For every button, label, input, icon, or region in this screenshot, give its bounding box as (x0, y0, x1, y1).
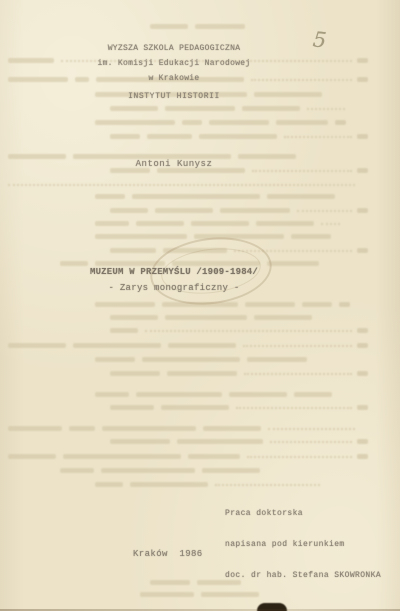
ghost-word-smudge (276, 120, 328, 125)
ghost-word-smudge (247, 357, 307, 362)
ghost-page-number (357, 343, 368, 348)
ghost-word-smudge (110, 208, 148, 213)
ghost-text-line (95, 300, 368, 307)
ghost-word-smudge (256, 221, 314, 226)
institution-city: w Krakowie (0, 74, 348, 83)
ghost-word-smudge (203, 426, 261, 431)
ghost-dot-leader (243, 345, 352, 347)
ghost-dot-leader (284, 136, 352, 138)
ghost-word-smudge (95, 194, 125, 199)
ghost-dot-leader (8, 184, 355, 186)
ghost-dot-leader (247, 456, 352, 458)
ghost-word-smudge (95, 234, 187, 239)
ghost-text-line (150, 22, 250, 29)
ghost-word-smudge (110, 315, 158, 320)
ghost-word-smudge (302, 302, 332, 307)
ghost-word-smudge (136, 221, 184, 226)
ghost-word-smudge (60, 468, 94, 473)
ghost-page-number (357, 439, 368, 444)
scan-artifact-blob (257, 603, 287, 611)
ghost-page-number (357, 134, 368, 139)
ghost-word-smudge (110, 134, 140, 139)
ghost-word-smudge (95, 302, 155, 307)
ghost-word-smudge (110, 371, 160, 376)
ghost-text-line (110, 403, 368, 410)
ghost-page-number (357, 248, 368, 253)
ghost-dot-leader (236, 407, 352, 409)
ghost-text-line (95, 192, 345, 199)
scanned-title-page: 5 WYZSZA SZKOLA PEDAGOGICZNA im. Komisji… (0, 0, 400, 611)
thesis-title: MUZEUM W PRZEMYŚLU /1909-1984/ (0, 267, 348, 277)
ghost-word-smudge (165, 315, 247, 320)
ghost-text-line (110, 206, 368, 213)
supervisor-note: Praca doktorska napisana pod kierunkiem … (225, 489, 381, 601)
ghost-text-line (110, 437, 368, 444)
ghost-text-line (95, 355, 310, 362)
ghost-word-smudge (102, 426, 196, 431)
ghost-word-smudge (110, 405, 154, 410)
ghost-word-smudge (63, 454, 181, 459)
ghost-page-number (357, 405, 368, 410)
ghost-word-smudge (95, 221, 129, 226)
ghost-word-smudge (110, 106, 158, 111)
institution-name: WYZSZA SZKOLA PEDAGOGICZNA (0, 44, 348, 53)
ghost-word-smudge (150, 24, 188, 29)
ghost-text-line (60, 466, 265, 473)
ghost-word-smudge (8, 343, 66, 348)
ghost-word-smudge (95, 120, 175, 125)
place-year: Kraków 1986 (133, 549, 203, 559)
supervisor-note-line2: napisana pod kierunkiem (225, 540, 381, 550)
ghost-word-smudge (177, 439, 263, 444)
ghost-dot-leader (215, 484, 320, 486)
ghost-word-smudge (199, 134, 277, 139)
ghost-word-smudge (182, 120, 202, 125)
institute-name: INSTYTUT HISTORII (0, 92, 348, 101)
ghost-page-number (339, 302, 350, 307)
ghost-page-number (335, 120, 346, 125)
author-name: Antoni Kunysz (0, 159, 348, 169)
ghost-word-smudge (291, 234, 331, 239)
ghost-word-smudge (95, 357, 135, 362)
ghost-word-smudge (95, 482, 123, 487)
ghost-word-smudge (267, 261, 319, 266)
supervisor-note-line1: Praca doktorska (225, 509, 381, 519)
ghost-text-line (8, 424, 360, 431)
ghost-text-line (8, 152, 308, 159)
ghost-word-smudge (168, 343, 236, 348)
ghost-text-line (95, 480, 325, 487)
ghost-word-smudge (245, 302, 295, 307)
thesis-subtitle: - Zarys monograficzny - (0, 283, 348, 293)
ghost-word-smudge (195, 24, 245, 29)
ghost-word-smudge (150, 580, 190, 585)
ghost-word-smudge (147, 134, 192, 139)
ghost-word-smudge (202, 468, 260, 473)
ghost-text-line (8, 452, 368, 459)
ghost-page-number (357, 454, 368, 459)
ghost-dot-leader (307, 108, 345, 110)
ghost-word-smudge (142, 357, 240, 362)
ghost-text-line (110, 326, 368, 333)
ghost-word-smudge (161, 405, 229, 410)
ghost-word-smudge (140, 592, 194, 597)
ghost-dot-leader (244, 373, 352, 375)
ghost-word-smudge (209, 120, 269, 125)
ghost-page-number (357, 208, 368, 213)
ghost-word-smudge (95, 392, 129, 397)
ghost-word-smudge (110, 439, 170, 444)
ghost-text-line (110, 104, 350, 111)
ghost-page-number (357, 58, 368, 63)
ghost-text-line (110, 369, 368, 376)
ghost-word-smudge (229, 392, 287, 397)
ghost-word-smudge (132, 194, 260, 199)
ghost-word-smudge (130, 482, 208, 487)
ghost-dot-leader (270, 441, 352, 443)
supervisor-note-line3: doc. dr hab. Stefana SKOWRONKA (225, 571, 381, 581)
ghost-word-smudge (167, 371, 237, 376)
ghost-word-smudge (294, 392, 332, 397)
ghost-dot-leader (297, 210, 352, 212)
ghost-word-smudge (110, 328, 138, 333)
ghost-word-smudge (69, 426, 95, 431)
ghost-page-number (357, 77, 368, 82)
ghost-dot-leader (145, 330, 352, 332)
ghost-page-number (357, 168, 368, 173)
ghost-word-smudge (155, 208, 213, 213)
ghost-text-line (95, 390, 327, 397)
ghost-word-smudge (220, 208, 290, 213)
ghost-text-line (8, 180, 360, 187)
ghost-word-smudge (267, 194, 335, 199)
ghost-word-smudge (101, 468, 195, 473)
ghost-dot-leader (252, 170, 352, 172)
ghost-text-line (95, 118, 368, 125)
ghost-word-smudge (191, 221, 249, 226)
ghost-word-smudge (254, 315, 312, 320)
ghost-text-line (110, 313, 320, 320)
ghost-dot-leader (321, 223, 340, 225)
ghost-word-smudge (188, 454, 240, 459)
ghost-page-number (357, 371, 368, 376)
ghost-word-smudge (110, 248, 156, 253)
ghost-page-number (357, 328, 368, 333)
ghost-word-smudge (242, 106, 300, 111)
ghost-word-smudge (8, 454, 56, 459)
institution-patron: im. Komisji Edukacji Narodowej (0, 59, 348, 68)
ghost-text-line (95, 219, 345, 226)
ghost-word-smudge (8, 426, 62, 431)
ghost-text-line (8, 341, 368, 348)
ghost-word-smudge (165, 106, 235, 111)
ghost-text-line (110, 132, 368, 139)
ghost-word-smudge (73, 343, 161, 348)
ghost-word-smudge (60, 261, 88, 266)
ghost-dot-leader (268, 428, 355, 430)
ghost-word-smudge (136, 392, 222, 397)
